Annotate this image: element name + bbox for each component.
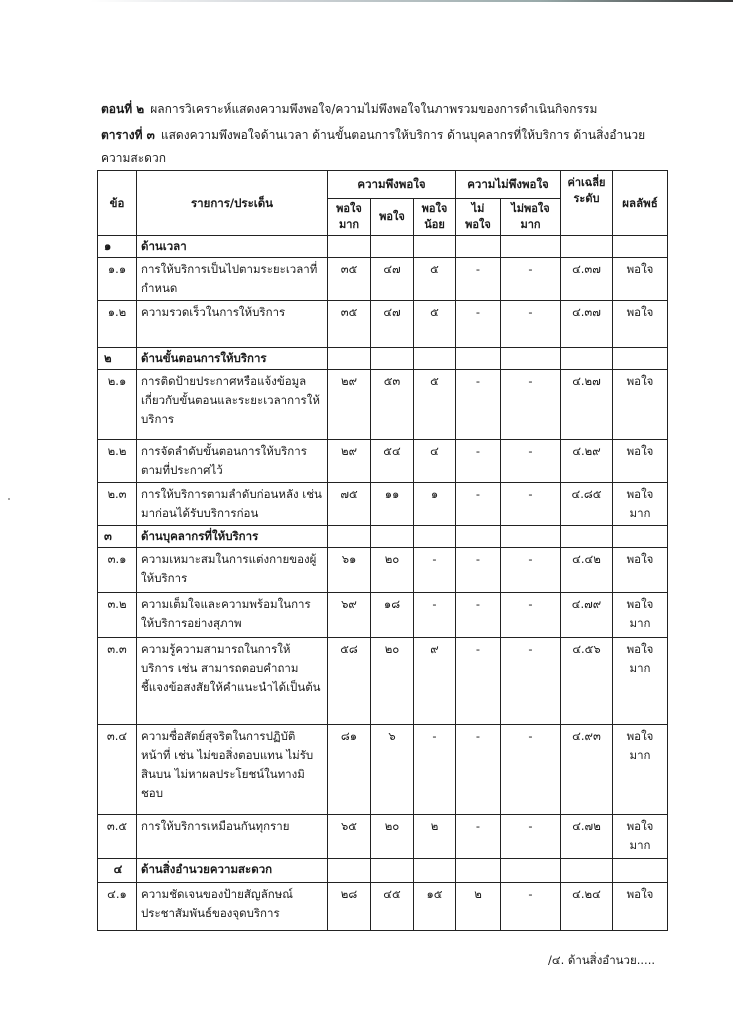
row-no: ๓.๓ <box>98 638 137 725</box>
very-dissatisfied-count: - <box>501 301 561 348</box>
very-satisfied-count: ๓๕ <box>328 301 371 348</box>
empty-cell <box>561 236 613 258</box>
very-satisfied-count: ๓๕ <box>328 258 371 301</box>
section-title: ด้านสิ่งอำนวยความสะดวก <box>137 859 328 883</box>
satisfied-count: ๕๓ <box>371 370 414 440</box>
less-satisfied-count: ๑๕ <box>414 883 456 931</box>
empty-cell <box>328 348 371 370</box>
result-level: พอใจมาก <box>613 483 668 526</box>
header-less-satisfied: พอใจ น้อย <box>414 199 456 236</box>
section-no: ๑ <box>98 236 137 258</box>
average-score: ๔.๗๙ <box>561 593 613 638</box>
part-label: ตอนที่ ๒ <box>101 102 144 116</box>
section-row: ๓ด้านบุคลากรที่ให้บริการ <box>98 526 668 548</box>
empty-cell <box>501 526 561 548</box>
scan-speck <box>8 498 10 500</box>
result-level: พอใจมาก <box>613 638 668 725</box>
satisfied-count: ๖ <box>371 725 414 815</box>
not-satisfied-count: - <box>456 301 501 348</box>
very-dissatisfied-count: - <box>501 258 561 301</box>
header-result: ผลลัพธ์ <box>613 171 668 236</box>
less-satisfied-count: ๕ <box>414 370 456 440</box>
table-row: ๓.๒ความเต็มใจและความพร้อมในการให้บริการอ… <box>98 593 668 638</box>
result-level: พอใจ <box>613 370 668 440</box>
less-satisfied-count: ๙ <box>414 638 456 725</box>
table-row: ๓.๔ความซื่อสัตย์สุจริตในการปฏิบัติหน้าที… <box>98 725 668 815</box>
very-satisfied-count: ๒๙ <box>328 370 371 440</box>
row-no: ๔.๑ <box>98 883 137 931</box>
row-item: การให้บริการเหมือนกันทุกราย <box>137 815 328 859</box>
section-title: ด้านขั้นตอนการให้บริการ <box>137 348 328 370</box>
result-level: พอใจ <box>613 440 668 483</box>
not-satisfied-count: - <box>456 370 501 440</box>
average-score: ๔.๒๙ <box>561 440 613 483</box>
result-level: พอใจ <box>613 548 668 593</box>
table-row: ๒.๑การติดป้ายประกาศหรือแจ้งข้อมูลเกี่ยวก… <box>98 370 668 440</box>
table-caption: ตารางที่ ๓แสดงความพึงพอใจด้านเวลา ด้านขั… <box>101 127 645 143</box>
table-row: ๓.๕การให้บริการเหมือนกันทุกราย๖๕๒๐๒--๔.๗… <box>98 815 668 859</box>
average-score: ๔.๓๗ <box>561 301 613 348</box>
empty-cell <box>371 348 414 370</box>
not-satisfied-count: - <box>456 258 501 301</box>
row-item: การติดป้ายประกาศหรือแจ้งข้อมูลเกี่ยวกับข… <box>137 370 328 440</box>
empty-cell <box>371 526 414 548</box>
satisfied-count: ๑๘ <box>371 593 414 638</box>
empty-cell <box>328 859 371 883</box>
satisfied-count: ๒๐ <box>371 638 414 725</box>
header-not-satisfied: ไม่ พอใจ <box>456 199 501 236</box>
empty-cell <box>371 859 414 883</box>
table-row: ๒.๒การจัดลำดับขั้นตอนการให้บริการตามที่ป… <box>98 440 668 483</box>
very-satisfied-count: ๘๑ <box>328 725 371 815</box>
very-satisfied-count: ๕๘ <box>328 638 371 725</box>
average-score: ๔.๒๗ <box>561 370 613 440</box>
row-no: ๑.๒ <box>98 301 137 348</box>
not-satisfied-count: - <box>456 725 501 815</box>
very-dissatisfied-count: - <box>501 725 561 815</box>
less-satisfied-count: - <box>414 548 456 593</box>
row-no: ๓.๒ <box>98 593 137 638</box>
satisfied-count: ๒๐ <box>371 815 414 859</box>
not-satisfied-count: - <box>456 638 501 725</box>
header-satisfied-group: ความพึงพอใจ <box>328 171 456 199</box>
section-title: ด้านเวลา <box>137 236 328 258</box>
header-satisfied: พอใจ <box>371 199 414 236</box>
header-average: ค่าเฉลี่ย ระดับ <box>561 171 613 236</box>
satisfied-count: ๒๐ <box>371 548 414 593</box>
row-item: การให้บริการตามลำดับก่อนหลัง เช่น มาก่อน… <box>137 483 328 526</box>
average-score: ๔.๕๖ <box>561 638 613 725</box>
empty-cell <box>456 526 501 548</box>
section-row: ๒ด้านขั้นตอนการให้บริการ <box>98 348 668 370</box>
very-dissatisfied-count: - <box>501 883 561 931</box>
table-label: ตารางที่ ๓ <box>101 128 155 142</box>
row-no: ๑.๑ <box>98 258 137 301</box>
table-row: ๑.๒ความรวดเร็วในการให้บริการ๓๕๔๗๕--๔.๓๗พ… <box>98 301 668 348</box>
empty-cell <box>328 526 371 548</box>
less-satisfied-count: ๔ <box>414 440 456 483</box>
average-score: ๔.๙๓ <box>561 725 613 815</box>
not-satisfied-count: - <box>456 440 501 483</box>
very-dissatisfied-count: - <box>501 370 561 440</box>
row-item: ความเหมาะสมในการแต่งกายของผู้ให้บริการ <box>137 548 328 593</box>
satisfied-count: ๔๕ <box>371 883 414 931</box>
row-no: ๒.๒ <box>98 440 137 483</box>
table-body: ๑ด้านเวลา๑.๑การให้บริการเป็นไปตามระยะเวล… <box>98 236 668 931</box>
row-item: ความชัดเจนของป้ายสัญลักษณ์ประชาสัมพันธ์ข… <box>137 883 328 931</box>
very-satisfied-count: ๖๑ <box>328 548 371 593</box>
section-row: ๑ด้านเวลา <box>98 236 668 258</box>
very-dissatisfied-count: - <box>501 815 561 859</box>
satisfied-count: ๕๔ <box>371 440 414 483</box>
empty-cell <box>371 236 414 258</box>
empty-cell <box>414 348 456 370</box>
header-very-satisfied: พอใจ มาก <box>328 199 371 236</box>
empty-cell <box>561 348 613 370</box>
empty-cell <box>561 859 613 883</box>
part-heading: ตอนที่ ๒ผลการวิเคราะห์แสดงความพึงพอใจ/คว… <box>101 101 597 117</box>
row-item: ความรู้ความสามารถในการให้บริการ เช่น สาม… <box>137 638 328 725</box>
not-satisfied-count: ๒ <box>456 883 501 931</box>
result-level: พอใจมาก <box>613 815 668 859</box>
empty-cell <box>501 859 561 883</box>
very-satisfied-count: ๖๕ <box>328 815 371 859</box>
empty-cell <box>456 348 501 370</box>
empty-cell <box>414 859 456 883</box>
section-title: ด้านบุคลากรที่ให้บริการ <box>137 526 328 548</box>
section-no: ๒ <box>98 348 137 370</box>
very-dissatisfied-count: - <box>501 548 561 593</box>
very-dissatisfied-count: - <box>501 593 561 638</box>
not-satisfied-count: - <box>456 548 501 593</box>
result-level: พอใจมาก <box>613 725 668 815</box>
empty-cell <box>561 526 613 548</box>
header-no: ข้อ <box>98 171 137 236</box>
empty-cell <box>414 526 456 548</box>
row-no: ๒.๑ <box>98 370 137 440</box>
less-satisfied-count: ๒ <box>414 815 456 859</box>
satisfied-count: ๔๗ <box>371 258 414 301</box>
very-satisfied-count: ๒๙ <box>328 440 371 483</box>
table-row: ๔.๑ความชัดเจนของป้ายสัญลักษณ์ประชาสัมพัน… <box>98 883 668 931</box>
table-row: ๓.๓ความรู้ความสามารถในการให้บริการ เช่น … <box>98 638 668 725</box>
table-caption-cont: ความสะดวก <box>101 150 166 166</box>
row-no: ๒.๓ <box>98 483 137 526</box>
not-satisfied-count: - <box>456 593 501 638</box>
header-dissatisfied-group: ความไม่พึงพอใจ <box>456 171 561 199</box>
empty-cell <box>328 236 371 258</box>
average-score: ๔.๘๕ <box>561 483 613 526</box>
very-satisfied-count: ๗๕ <box>328 483 371 526</box>
section-row: ๔ด้านสิ่งอำนวยความสะดวก <box>98 859 668 883</box>
empty-cell <box>414 236 456 258</box>
scan-edge <box>90 0 733 2</box>
empty-cell <box>501 236 561 258</box>
header-very-dissatisfied: ไม่พอใจ มาก <box>501 199 561 236</box>
row-no: ๓.๔ <box>98 725 137 815</box>
empty-cell <box>613 859 668 883</box>
less-satisfied-count: ๑ <box>414 483 456 526</box>
section-no: ๓ <box>98 526 137 548</box>
empty-cell <box>456 859 501 883</box>
empty-cell <box>613 526 668 548</box>
not-satisfied-count: - <box>456 815 501 859</box>
not-satisfied-count: - <box>456 483 501 526</box>
empty-cell <box>456 236 501 258</box>
row-item: ความรวดเร็วในการให้บริการ <box>137 301 328 348</box>
row-item: ความซื่อสัตย์สุจริตในการปฏิบัติหน้าที่ เ… <box>137 725 328 815</box>
very-satisfied-count: ๖๙ <box>328 593 371 638</box>
row-item: การจัดลำดับขั้นตอนการให้บริการตามที่ประก… <box>137 440 328 483</box>
satisfied-count: ๔๗ <box>371 301 414 348</box>
header-item: รายการ/ประเด็น <box>137 171 328 236</box>
less-satisfied-count: ๕ <box>414 258 456 301</box>
average-score: ๔.๗๒ <box>561 815 613 859</box>
page-continuation: /๔. ด้านสิ่งอำนวย..... <box>548 952 655 970</box>
average-score: ๔.๓๗ <box>561 258 613 301</box>
table-caption-text: แสดงความพึงพอใจด้านเวลา ด้านขั้นตอนการให… <box>161 128 645 142</box>
empty-cell <box>613 236 668 258</box>
row-item: การให้บริการเป็นไปตามระยะเวลาที่กำหนด <box>137 258 328 301</box>
very-dissatisfied-count: - <box>501 440 561 483</box>
very-dissatisfied-count: - <box>501 638 561 725</box>
result-level: พอใจ <box>613 258 668 301</box>
row-no: ๓.๑ <box>98 548 137 593</box>
very-dissatisfied-count: - <box>501 483 561 526</box>
empty-cell <box>501 348 561 370</box>
less-satisfied-count: - <box>414 593 456 638</box>
table-row: ๓.๑ความเหมาะสมในการแต่งกายของผู้ให้บริกา… <box>98 548 668 593</box>
row-no: ๓.๕ <box>98 815 137 859</box>
part-title: ผลการวิเคราะห์แสดงความพึงพอใจ/ความไม่พึง… <box>150 102 597 116</box>
satisfaction-table: ข้อ รายการ/ประเด็น ความพึงพอใจ ความไม่พึ… <box>97 170 668 931</box>
table-row: ๒.๓การให้บริการตามลำดับก่อนหลัง เช่น มาก… <box>98 483 668 526</box>
very-satisfied-count: ๒๘ <box>328 883 371 931</box>
less-satisfied-count: ๕ <box>414 301 456 348</box>
result-level: พอใจ <box>613 883 668 931</box>
row-item: ความเต็มใจและความพร้อมในการให้บริการอย่า… <box>137 593 328 638</box>
result-level: พอใจ <box>613 301 668 348</box>
table-row: ๑.๑การให้บริการเป็นไปตามระยะเวลาที่กำหนด… <box>98 258 668 301</box>
average-score: ๔.๔๒ <box>561 548 613 593</box>
average-score: ๔.๒๔ <box>561 883 613 931</box>
result-level: พอใจมาก <box>613 593 668 638</box>
satisfied-count: ๑๑ <box>371 483 414 526</box>
empty-cell <box>613 348 668 370</box>
section-no: ๔ <box>98 859 137 883</box>
less-satisfied-count: - <box>414 725 456 815</box>
